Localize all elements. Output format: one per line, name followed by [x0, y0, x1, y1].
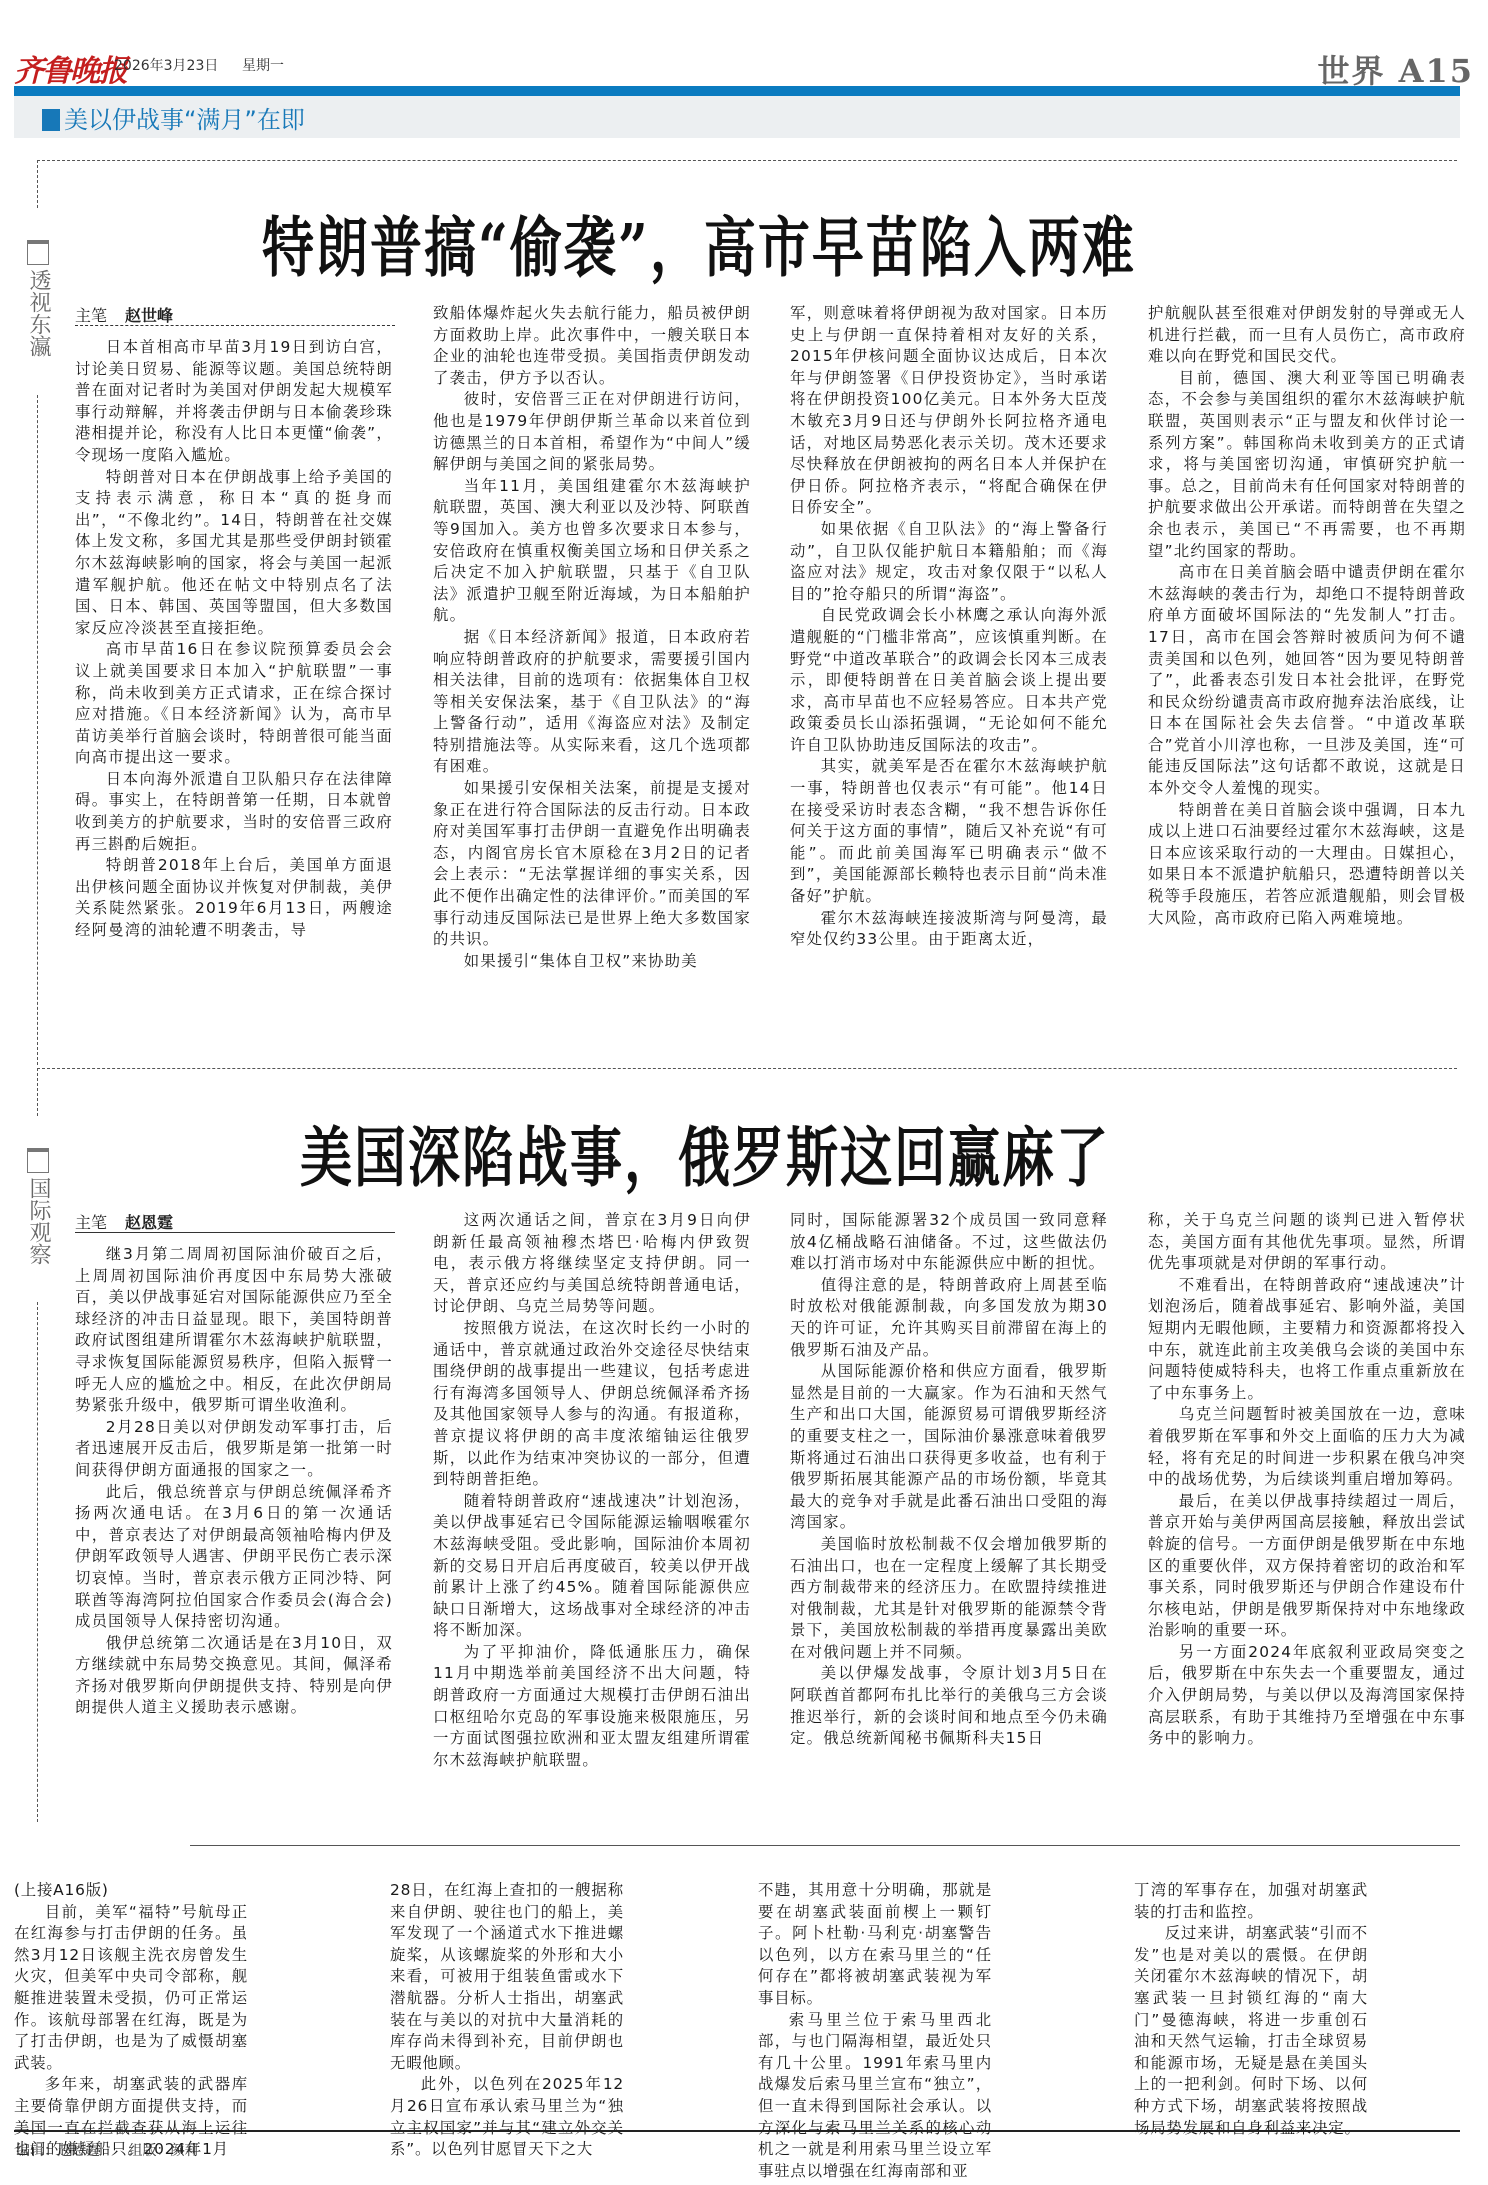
article1-top-rule — [37, 160, 1457, 161]
article1-left-rule-top — [37, 160, 38, 208]
article2-top-rule — [37, 1068, 1457, 1069]
layout-credit: 组版：颜莉 — [128, 2143, 198, 2159]
column-tag-box-icon — [27, 1148, 49, 1173]
article2-left-rule — [37, 1302, 38, 1822]
column-tag-box-icon — [27, 240, 49, 265]
article2-column-4: 称，关于乌克兰问题的谈判已进入暂停状态，美国方面有其他优先事项。显然，所谓优先事… — [1148, 1210, 1466, 1750]
article1-column-1: 日本首相高市早苗3月19日到访白宫，讨论美日贸易、能源等议题。美国总统特朗普在面… — [75, 337, 393, 942]
topic-title: 美以伊战事“满月”在即 — [42, 100, 305, 135]
article3-column-1: (上接A16版) 目前，美军“福特”号航母正在红海参与打击伊朗的任务。虽然3月1… — [14, 1880, 248, 2161]
article2-left-rule-top — [37, 1068, 38, 1116]
article2-byline-rule — [75, 1232, 395, 1233]
article1-byline: 主笔赵世峰 — [75, 303, 173, 326]
square-bullet-icon — [42, 109, 60, 131]
continued-from-label: (上接A16版) — [14, 1880, 248, 1902]
article1-column-3: 军，则意味着将伊朗视为敌对国家。日本历史上与伊朗一直保持着相对友好的关系，201… — [790, 303, 1108, 951]
topic-banner: 美以伊战事“满月”在即 — [14, 96, 1460, 138]
article2-column-3: 同时，国际能源署32个成员国一致同意释放4亿桶战略石油储备。不过，这些做法仍难以… — [790, 1210, 1108, 1750]
article1-column-2: 致船体爆炸起火失去航行能力，船员被伊朗方面救助上岸。此次事件中，一艘关联日本企业… — [433, 303, 751, 972]
article1-byline-rule — [75, 325, 395, 326]
header-blue-bar — [14, 86, 1460, 96]
issue-date: 2026年3月23日 — [114, 55, 218, 75]
article3-top-rule — [190, 1845, 1460, 1846]
article2-byline: 主笔赵恩霆 — [75, 1210, 173, 1233]
article2-column-2: 这两次通话之间，普京在3月9日向伊朗新任最高领袖穆杰塔巴·哈梅内伊致贺电，表示俄… — [433, 1210, 751, 1771]
article3-column-2: 28日，在红海上查扣的一艘据称来自伊朗、驶往也门的船上，美军发现了一个涵道式水下… — [390, 1880, 624, 2161]
newspaper-logo: 齐鲁晚报 — [14, 46, 126, 90]
page-credits: 编辑：赵恩霆 组版：颜莉 — [16, 2140, 222, 2160]
article2-headline: 美国深陷战事，俄罗斯这回赢麻了 — [300, 1105, 1110, 1199]
editor-credit: 编辑：赵恩霆 — [16, 2143, 100, 2159]
article1-column-tag: 透视东瀛 — [26, 240, 50, 363]
article1-left-rule — [37, 395, 38, 1065]
issue-weekday: 星期一 — [242, 55, 284, 75]
masthead: 齐鲁晚报 2026年3月23日 星期一 世界 A15 — [14, 40, 1474, 86]
article2-column-tag: 国际观察 — [26, 1148, 50, 1271]
footer-rule — [14, 2130, 1460, 2132]
article1-headline: 特朗普搞“偷袭”，高市早苗陷入两难 — [262, 195, 1136, 289]
article3-column-4: 丁湾的军事存在，加强对胡塞武装的打击和监控。 反过来讲，胡塞武装“引而不发”也是… — [1134, 1880, 1368, 2139]
article1-column-4: 护航舰队甚至很难对伊朗发射的导弹或无人机进行拦截，而一旦有人员伤亡，高市政府难以… — [1148, 303, 1466, 929]
article3-column-3: 不韪，其用意十分明确，那就是要在胡塞武装面前楔上一颗钉子。阿卜杜勒·马利克·胡塞… — [758, 1880, 992, 2182]
article2-column-1: 继3月第二周周初国际油价破百之后，上周周初国际油价再度因中东局势大涨破百，美以伊… — [75, 1244, 393, 1719]
